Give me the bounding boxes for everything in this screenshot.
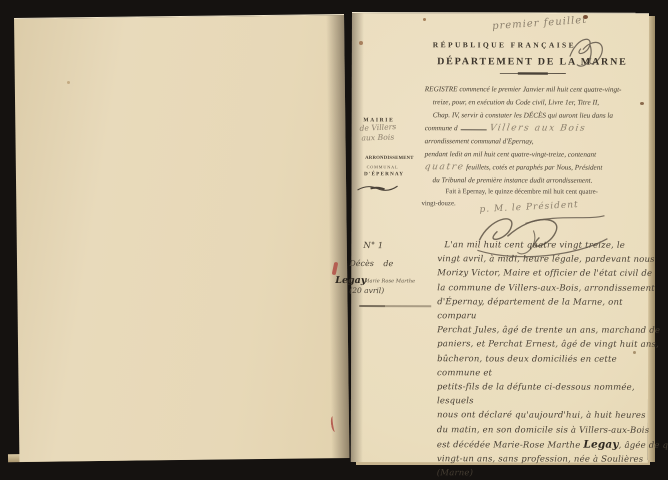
mairie-stamp: MAIRIE de Villers aux Bois ARRONDISSEMEN… [352,116,404,198]
issuance-line-1: Fait à Epernay, le quinze décembre mil h… [446,188,646,196]
act-margin-date: (20 avril) [349,286,384,295]
commune-handwritten: Villers aux Bois [489,122,587,135]
stamp-title: MAIRIE [363,117,392,123]
act-body-line: L'an mil huit cent quatre vingt treize, … [437,238,663,253]
act-body-line: petits-fils de la défunte ci-dessous nom… [437,380,663,409]
stamp-commune-handwritten-1: de Villers [356,123,401,134]
act-line12-post: , âgée de quatre- [619,441,668,451]
stamp-flourish-icon [356,183,400,193]
top-right-handwritten-note: premier feuillet [492,10,657,32]
act-number: N° 1 [363,241,383,251]
stamp-epernay: D'ÉPERNAY [364,171,391,177]
act-body-line: bûcheron, tous deux domiciliés en cette … [437,352,663,381]
act-body-line: paniers, et Perchat Ernest, âgé de vingt… [437,338,663,353]
act-body-line: Morizy Victor, Maire et officier de l'ét… [437,267,663,282]
margin-separator [359,305,431,308]
preamble-line-feuillets: quatre feuillets, cotés et paraphés par … [425,161,645,175]
stamp-arrondissement: ARRONDISSEMENT [365,155,390,160]
act-margin-label: Décès de [349,259,393,268]
preamble-line: treize, pour, en exécution du Code civil… [425,96,645,110]
act-body-line: nous ont déclaré qu'aujourd'hui, à huit … [437,409,663,424]
act-body-line: vingt-un ans, sans profession, née à Sou… [437,452,663,480]
act-body-line-deceased: est décédée Marie-Rose Marthe Legay, âgé… [437,437,663,453]
act-body-text: L'an mil huit cent quatre vingt treize, … [437,238,664,480]
preamble-line: Chap. IV, servir à constater les DÉCÈS q… [425,109,645,123]
department-heading: DÉPARTEMENT DE LA MARNE [425,56,640,68]
stamp-commune-handwritten-2: aux Bois [356,133,400,143]
act-body-line: du matin, en son domicile sis à Villers-… [437,423,663,438]
foxing-spot [359,41,363,45]
foxing-spot [640,102,644,105]
foxing-spot [583,15,588,19]
preamble-line: REGISTRE commencé le premier Janvier mil… [425,83,645,97]
register-preamble: REGISTRE commencé le premier Janvier mil… [425,83,645,188]
preamble-line: arrondissement communal d'Epernay, [425,135,645,149]
fill-in-rule [461,124,487,130]
deceased-surname: Legay [335,275,366,286]
deceased-given-names: Marie Rose Marthe [364,278,415,284]
issuance-line-2: vingt-douze. [421,200,455,207]
act-body-line: d'Épernay, département de la Marne, ont … [437,295,663,324]
foxing-spot [67,81,70,84]
right-page-register-title: premier feuillet RÉPUBLIQUE FRANÇAISE DÉ… [351,12,649,463]
act-line12-pre: est décédée Marie-Rose Marthe [437,440,584,450]
act-body-line: Perchat Jules, âgé de trente un ans, mar… [437,323,663,338]
register-book-scan: premier feuillet RÉPUBLIQUE FRANÇAISE DÉ… [0,0,668,480]
preamble-print-segment: feuillets, cotés et paraphés par Nous, P… [466,163,602,171]
foxing-spot [423,18,426,21]
preamble-line-commune: commune dVillers aux Bois [425,122,645,136]
left-page-blank [14,14,349,462]
stamp-communal: COMMUNAL [367,165,389,170]
header-rule-ornament [498,70,568,76]
preamble-line: pendant ledit an mil huit cent quatre-vi… [425,148,645,162]
deceased-surname-in-text: Legay [583,438,618,450]
foxing-spot [633,351,636,354]
act-body-line: la commune de Villers-aux-Bois, arrondis… [437,281,663,296]
preamble-line: du Tribunal de première instance dudit a… [425,174,645,188]
feuillets-count-handwritten: quatre [424,161,466,174]
act-body-line: vingt avril, à midi, heure légale, parde… [437,252,663,267]
preamble-print-segment: commune d [425,124,458,132]
